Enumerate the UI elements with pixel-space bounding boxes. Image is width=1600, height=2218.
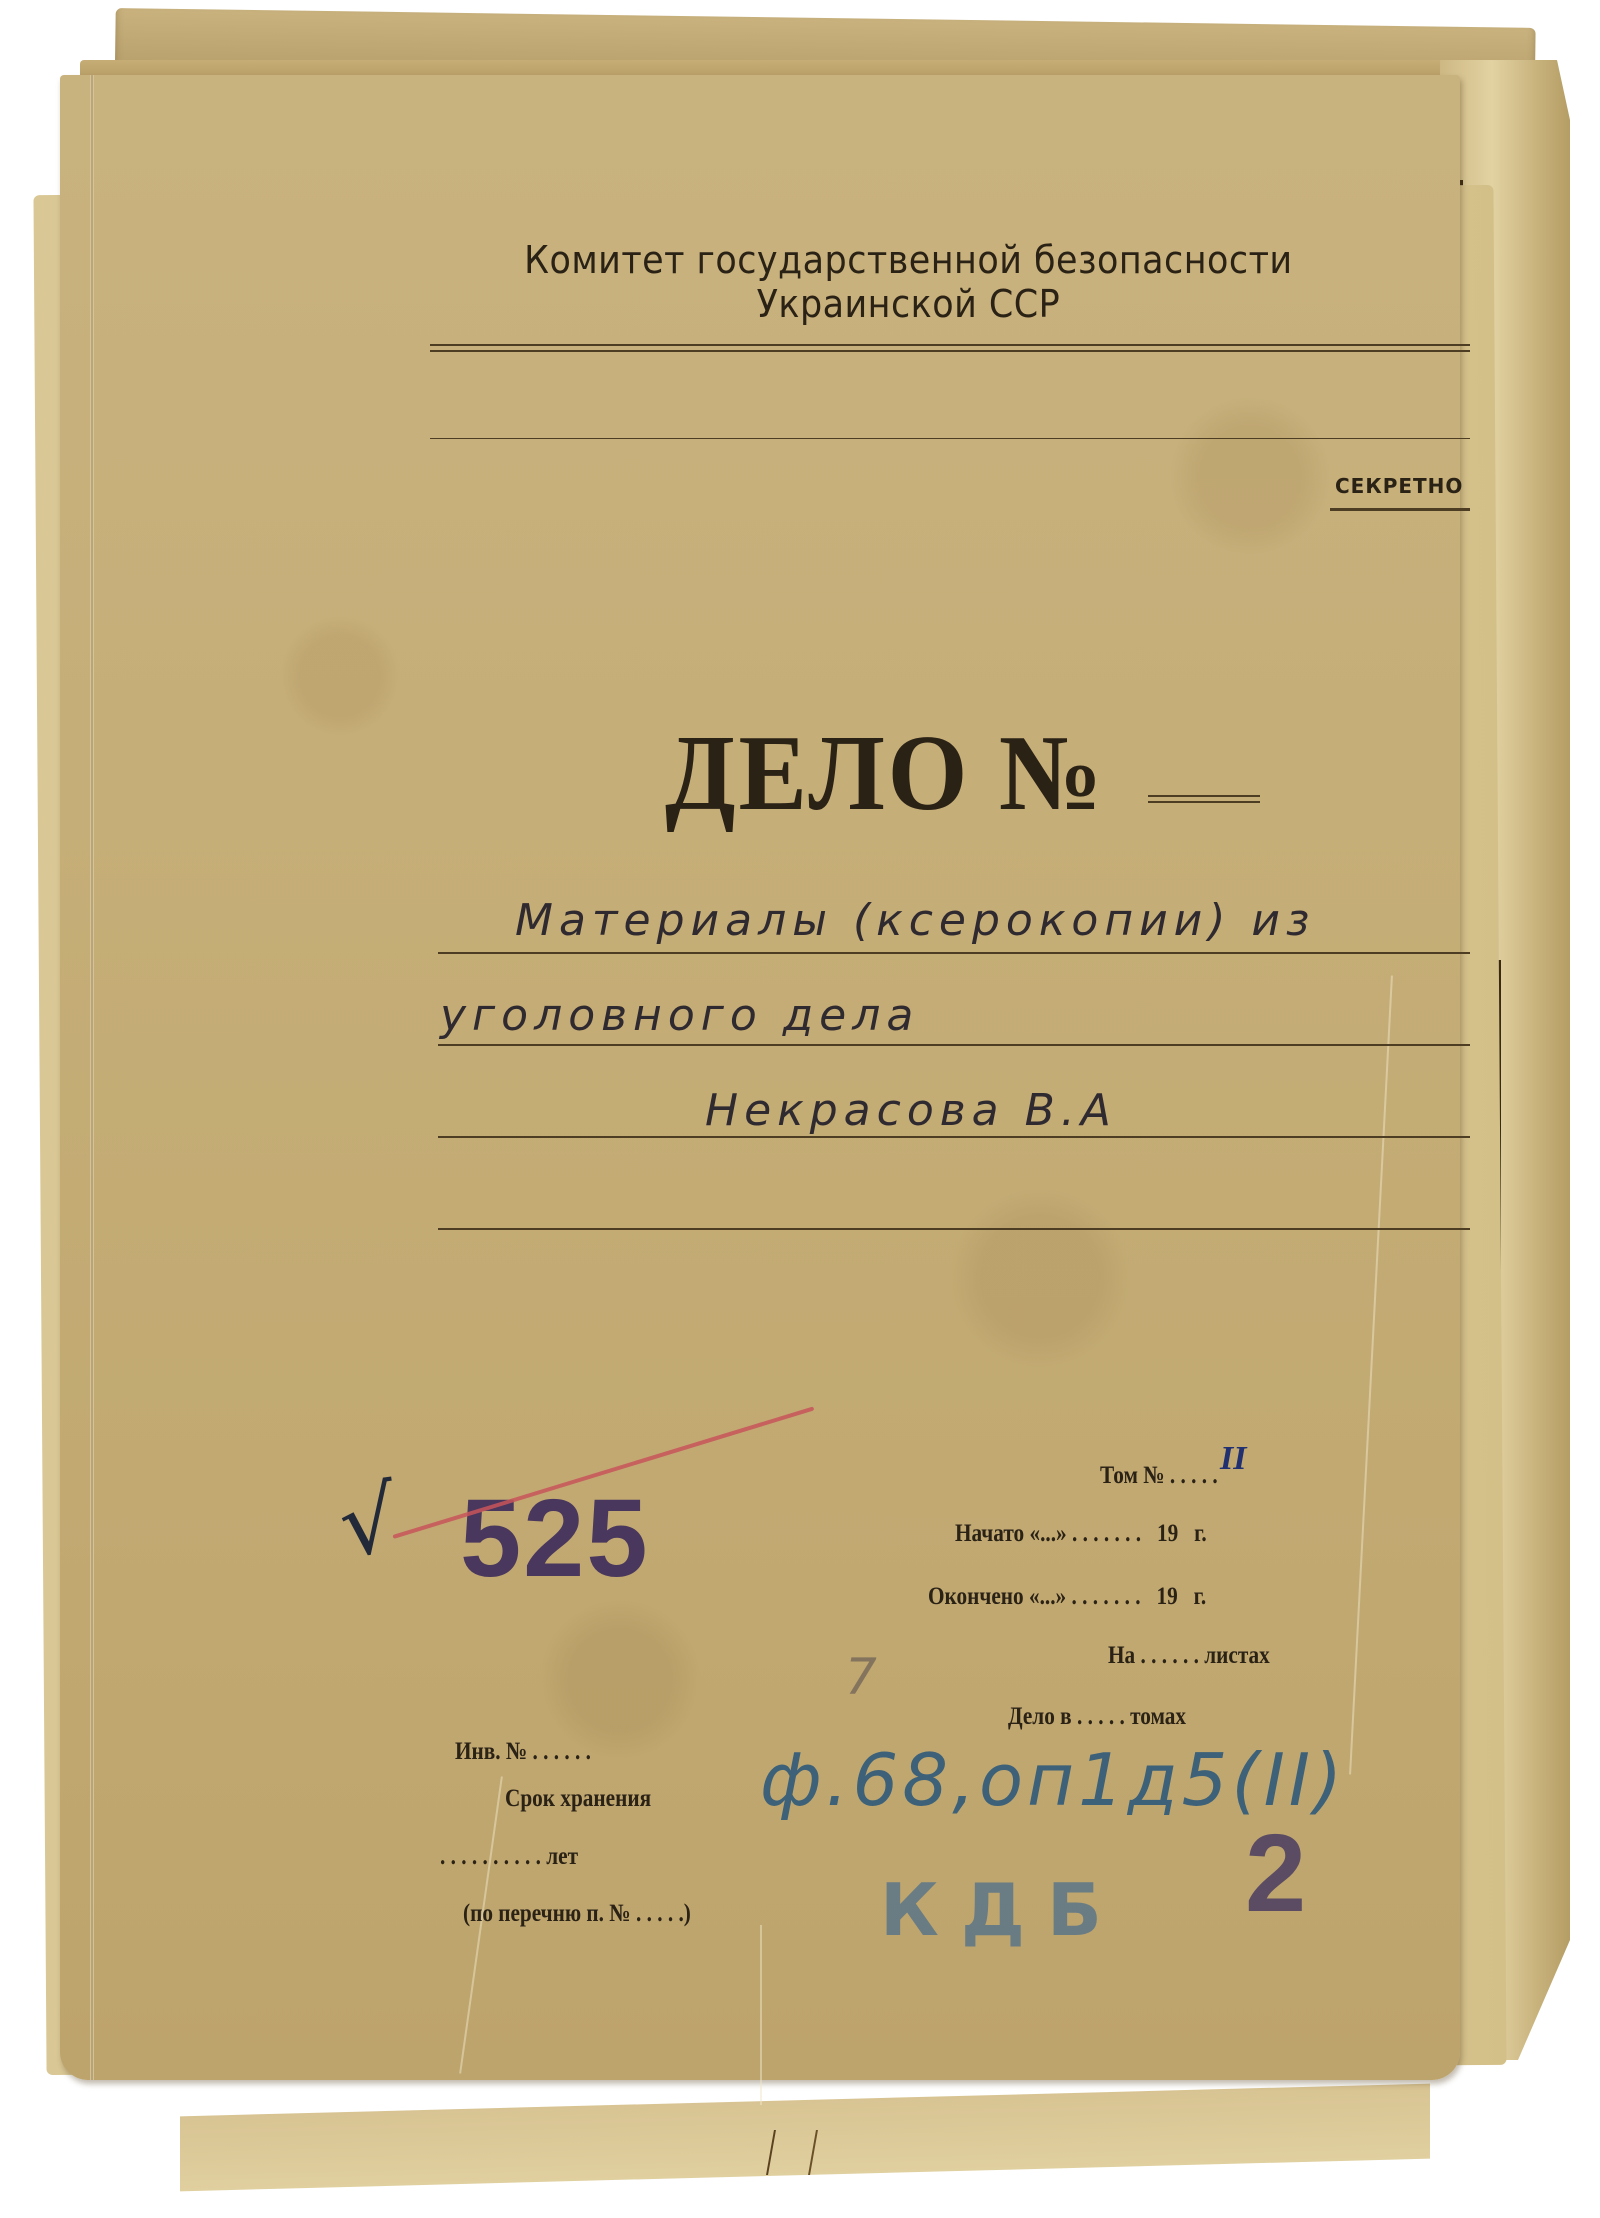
handwritten-line-2: уголовного дела [440, 990, 919, 1041]
case-title: ДЕЛО № [665, 712, 1105, 836]
paper-crease [1349, 975, 1393, 1774]
case-number-line-1 [1148, 795, 1260, 797]
field-finished-date: Окончено «...» . . . . . . . 19 г. [928, 1583, 1206, 1611]
field-retention-years: . . . . . . . . . . лет [440, 1843, 578, 1871]
header-blank-rule [430, 438, 1470, 439]
volume-number-value: II [1220, 1440, 1246, 1478]
stamped-number: 525 [460, 1475, 650, 1602]
description-rule-2 [438, 1044, 1470, 1046]
archive-stamp-number: 2 [1245, 1810, 1306, 1937]
organization-header: Комитет государственной безопасности Укр… [430, 238, 1387, 326]
field-retention-period-label: Срок хранения [505, 1785, 651, 1813]
field-started-date: Начато «...» . . . . . . . 19 г. [955, 1520, 1207, 1548]
archive-stamp-letters: КДБ [880, 1868, 1124, 1952]
handwritten-line-1: Материалы (ксерокопии) из [515, 895, 1315, 946]
organization-line-1: Комитет государственной безопасности [430, 238, 1387, 282]
case-number-line-2 [1148, 801, 1260, 803]
paper-crease [760, 1925, 762, 2105]
description-rule-3 [438, 1136, 1470, 1138]
classification-underline [1330, 508, 1470, 511]
field-volume-number: Том № . . . . . [1100, 1462, 1218, 1490]
handwritten-line-3: Некрасова В.А [705, 1085, 1117, 1136]
binding-string [766, 2130, 818, 2175]
field-volume-count: Дело в . . . . . томах [1008, 1703, 1186, 1731]
field-inventory-number: Инв. № . . . . . . [455, 1738, 591, 1766]
header-double-rule-bottom [430, 350, 1470, 352]
pencil-mark: 7 [845, 1648, 877, 1706]
description-rule-4 [438, 1228, 1470, 1230]
description-rule-1 [438, 952, 1470, 954]
field-sheet-count: На . . . . . . листах [1108, 1642, 1270, 1670]
organization-line-2: Украинской ССР [430, 282, 1387, 326]
header-double-rule-top [430, 344, 1470, 346]
folder-spine-crease [90, 75, 94, 2080]
classification-label: СЕКРЕТНО [1335, 474, 1463, 498]
field-list-item-number: (по перечню п. № . . . . .) [463, 1900, 691, 1928]
